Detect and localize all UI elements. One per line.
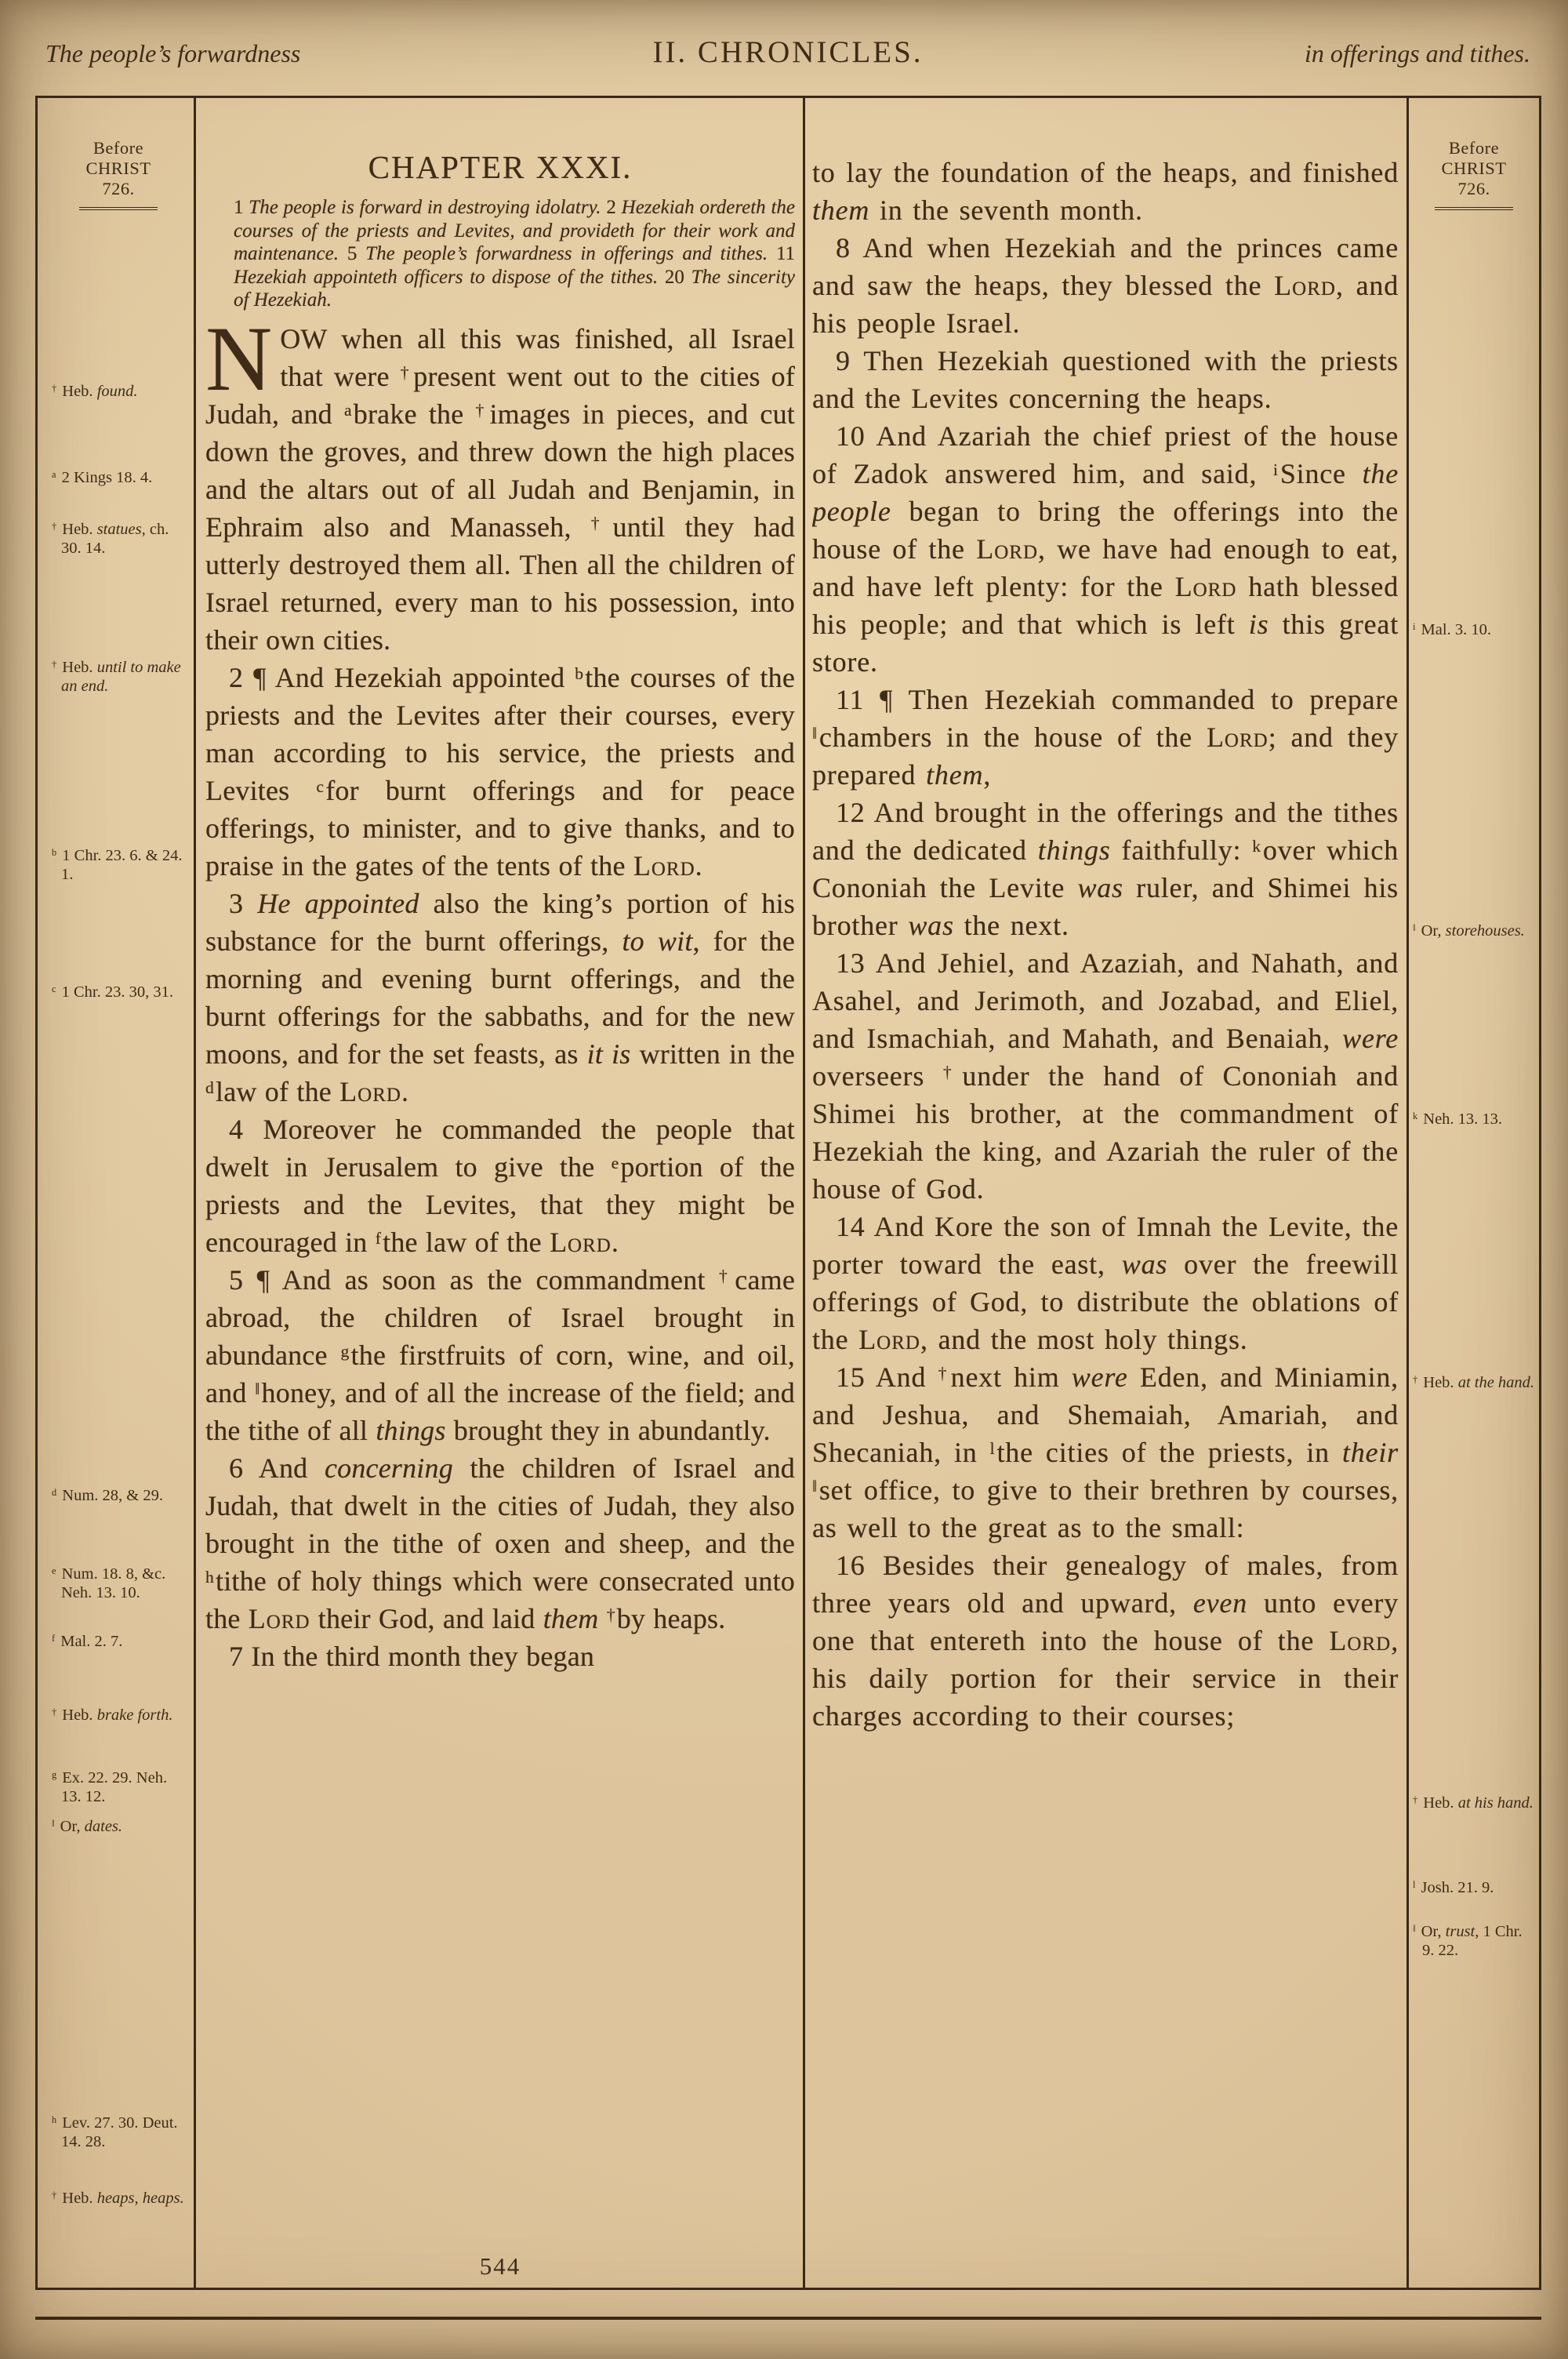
text-run: . — [401, 1076, 408, 1107]
verse-paragraph: NOW when all this was finished, all Isra… — [205, 320, 795, 659]
ref-mark: † — [476, 401, 488, 420]
verse-paragraph: 11 ¶ Then Hezekiah commanded to prepare … — [812, 681, 1399, 794]
text-run: set office, to give to their brethren by… — [812, 1474, 1399, 1543]
margin-note: b 1 Chr. 23. 6. & 24. 1. — [52, 847, 188, 884]
italic-run: things — [376, 1415, 445, 1446]
column-divider-left — [194, 96, 196, 2290]
text-run: in the seventh month. — [869, 194, 1143, 226]
italic-run: them — [926, 759, 983, 791]
chapter-summary: 1 The people is forward in destroying id… — [234, 196, 795, 312]
smallcaps-word: Lord — [633, 850, 695, 881]
ref-mark: b — [52, 847, 56, 858]
margin-note: † Heb. at his hand. — [1413, 1794, 1535, 1813]
ref-mark: l — [990, 1439, 996, 1458]
text-run: 2 Kings 18. 4. — [57, 469, 152, 486]
margin-note: ‖ Or, storehouses. — [1413, 922, 1535, 941]
text-run: 2 ¶ And Hezekiah appointed — [229, 662, 575, 693]
ref-mark: † — [943, 1063, 961, 1081]
left-column-paragraphs: NOW when all this was finished, all Isra… — [205, 320, 795, 1675]
margin-note: † Heb. at the hand. — [1413, 1374, 1535, 1393]
ref-mark: ‖ — [1413, 922, 1415, 933]
margin-note: † Heb. heaps, heaps. — [52, 2190, 188, 2208]
italic-run: it is — [587, 1038, 631, 1070]
smallcaps-word: Lord — [1329, 1625, 1391, 1656]
italic-run: found. — [97, 383, 138, 400]
italic-run: storehouses. — [1446, 922, 1525, 940]
text-run: brought they in abundantly. — [446, 1415, 771, 1446]
text-run: Lev. 27. 30. Deut. 14. 28. — [58, 2114, 177, 2150]
text-run: faithfully: — [1111, 834, 1253, 866]
margin-note: ‖ Or, trust, 1 Chr. 9. 22. — [1413, 1923, 1535, 1960]
ref-mark: ‖ — [255, 1379, 260, 1398]
ref-mark: † — [1413, 1794, 1417, 1805]
text-run: 5 ¶ And as soon as the commandment — [229, 1264, 719, 1296]
text-run — [598, 1603, 606, 1634]
margin-note: k Neh. 13. 13. — [1413, 1110, 1535, 1129]
italic-run: was — [908, 910, 953, 941]
margin-note: l Josh. 21. 9. — [1413, 1879, 1535, 1898]
text-run: 1 Chr. 23. 6. & 24. 1. — [58, 847, 182, 883]
ref-mark: i — [1413, 621, 1415, 632]
ref-mark: † — [591, 514, 612, 533]
ref-mark: † — [52, 1707, 56, 1717]
margin-note: ‖ Or, dates. — [52, 1818, 188, 1837]
text-run: Since — [1280, 458, 1363, 489]
margin-note: g Ex. 22. 29. Neh. 13. 12. — [52, 1769, 188, 1806]
ref-mark: a — [344, 401, 352, 420]
ref-mark: † — [52, 659, 56, 670]
italic-run: were — [1072, 1361, 1128, 1393]
margin-note: e Num. 18. 8, &c. Neh. 13. 10. — [52, 1565, 188, 1602]
margin-note: d Num. 28, & 29. — [52, 1487, 188, 1506]
ref-mark: ‖ — [1413, 1923, 1415, 1934]
book-page: The people’s forwardness II. CHRONICLES.… — [0, 0, 1568, 2359]
text-run: 7 In the third month they began — [229, 1641, 594, 1672]
text-run: Josh. 21. 9. — [1417, 1879, 1494, 1896]
verse-paragraph: 16 Besides their genealogy of males, fro… — [812, 1547, 1399, 1735]
margin-note: c 1 Chr. 23. 30, 31. — [52, 983, 188, 1002]
chapter-heading: CHAPTER XXXI. — [205, 149, 795, 185]
margin-note: † Heb. brake forth. — [52, 1707, 188, 1725]
running-head-center: II. CHRONICLES. — [652, 35, 923, 70]
right-margin-notes: i Mal. 3. 10.‖ Or, storehouses.k Neh. 13… — [1413, 0, 1535, 2359]
text-run: Heb. — [1419, 1794, 1458, 1812]
verse-paragraph: 2 ¶ And Hezekiah appointed bthe courses … — [205, 659, 795, 885]
column-divider-right — [1406, 96, 1409, 2290]
drop-cap: N — [205, 325, 272, 394]
verse-paragraph: 6 And concerning the children of Israel … — [205, 1449, 795, 1637]
text-run: , — [983, 759, 991, 791]
verse-paragraph: 7 In the third month they began — [205, 1637, 795, 1675]
ref-mark: i — [1273, 460, 1279, 479]
ref-mark: h — [52, 2114, 56, 2125]
verse-paragraph: 9 Then Hezekiah questioned with the prie… — [812, 342, 1399, 417]
text-run: 6 And — [229, 1452, 325, 1484]
text-run: written in the — [631, 1038, 795, 1070]
italic-run: things — [1038, 834, 1111, 866]
italic-run: The people’s forwardness in offerings an… — [365, 243, 776, 264]
margin-note: f Mal. 2. 7. — [52, 1633, 188, 1652]
ref-mark: f — [376, 1229, 381, 1248]
bottom-rule — [35, 2317, 1541, 2320]
ref-mark: † — [52, 521, 56, 532]
verse-paragraph: 14 And Kore the son of Imnah the Levite,… — [812, 1208, 1399, 1358]
text-run: 3 — [229, 888, 257, 919]
verse-paragraph: 8 And when Hezekiah and the princes came… — [812, 229, 1399, 342]
ref-mark: d — [52, 1487, 56, 1498]
ref-mark: † — [52, 2190, 56, 2201]
smallcaps-word: Lord — [339, 1076, 401, 1107]
left-text-column: CHAPTER XXXI. 1 The people is forward in… — [205, 149, 795, 2284]
italic-run: were — [1342, 1023, 1399, 1054]
ref-mark: e — [612, 1154, 619, 1172]
ref-mark: † — [401, 363, 412, 382]
text-run: next him — [951, 1361, 1072, 1393]
text-run: 20 — [665, 267, 691, 288]
ref-mark: b — [575, 664, 583, 683]
smallcaps-word: Lord — [1207, 722, 1269, 753]
text-run: Heb. — [58, 521, 97, 538]
ref-mark: † — [52, 383, 56, 394]
italic-run: concerning — [325, 1452, 453, 1484]
italic-run: them — [812, 194, 869, 226]
verse-paragraph: 10 And Azariah the chief priest of the h… — [812, 417, 1399, 681]
text-run: Heb. — [58, 383, 97, 400]
right-column-paragraphs: to lay the foundation of the heaps, and … — [812, 154, 1399, 1735]
text-run: Or, — [56, 1818, 84, 1835]
ref-mark: g — [341, 1342, 350, 1361]
text-run: Mal. 2. 7. — [56, 1633, 122, 1650]
text-run: the law of the — [383, 1227, 550, 1258]
text-run: . — [695, 850, 702, 881]
text-run: Or, — [1417, 1923, 1445, 1940]
margin-note: a 2 Kings 18. 4. — [52, 469, 188, 488]
italic-run: dates. — [85, 1818, 122, 1835]
ref-mark: k — [1252, 837, 1261, 856]
italic-run: heaps, heaps. — [97, 2190, 184, 2207]
text-run: 9 Then Hezekiah questioned with the prie… — [812, 345, 1399, 414]
ref-mark: f — [52, 1633, 55, 1644]
left-margin-notes: † Heb. found.a 2 Kings 18. 4.† Heb. stat… — [52, 0, 188, 2359]
text-run: Or, — [1417, 922, 1445, 940]
text-run: the next. — [954, 910, 1069, 941]
text-run: their God, and laid — [310, 1603, 543, 1634]
smallcaps-word: Lord — [249, 1603, 310, 1634]
italic-run: to wit — [622, 925, 692, 957]
text-run: Heb. — [58, 2190, 97, 2207]
italic-run: at his hand. — [1458, 1794, 1534, 1812]
verse-paragraph: 5 ¶ And as soon as the commandment †came… — [205, 1261, 795, 1449]
verse-paragraph: to lay the foundation of the heaps, and … — [812, 154, 1399, 229]
italic-run: was — [1077, 872, 1123, 903]
text-run: . — [612, 1227, 619, 1258]
italic-run: The people is forward in destroying idol… — [249, 197, 606, 218]
ref-mark: a — [52, 469, 56, 480]
text-run: the cities of the priests, in — [996, 1437, 1342, 1468]
italic-run: brake forth. — [97, 1707, 173, 1724]
text-run: by heaps. — [617, 1603, 726, 1634]
ref-mark: † — [1413, 1374, 1417, 1385]
ref-mark: d — [205, 1078, 214, 1097]
italic-run: is — [1249, 609, 1269, 640]
text-run: Num. 18. 8, &c. Neh. 13. 10. — [57, 1565, 165, 1601]
ref-mark: ‖ — [812, 1477, 818, 1496]
margin-note: † Heb. found. — [52, 383, 188, 402]
italic-run: even — [1193, 1587, 1247, 1619]
text-run: 2 — [606, 197, 621, 218]
text-run: Ex. 22. 29. Neh. 13. 12. — [58, 1769, 167, 1805]
text-run: Heb. — [58, 1707, 97, 1724]
verse-paragraph: 3 He appointed also the king’s portion o… — [205, 885, 795, 1110]
running-head: The people’s forwardness II. CHRONICLES.… — [45, 31, 1530, 85]
ref-mark: † — [938, 1364, 949, 1383]
italic-run: their — [1342, 1437, 1399, 1468]
italic-run: them — [543, 1603, 599, 1634]
ref-mark: c — [52, 983, 56, 994]
text-run: Mal. 3. 10. — [1417, 621, 1491, 638]
text-run: , and the most holy things. — [920, 1324, 1248, 1355]
text-run: to lay the foundation of the heaps, and … — [812, 157, 1399, 188]
smallcaps-word: Lord — [1274, 270, 1336, 301]
ref-mark: e — [52, 1565, 56, 1576]
italic-run: statues, — [97, 521, 146, 538]
smallcaps-word: Lord — [1175, 571, 1237, 602]
smallcaps-word: Lord — [976, 533, 1038, 565]
text-run: Heb. — [58, 659, 97, 676]
text-run: 5 — [347, 243, 365, 264]
text-run: Neh. 13. 13. — [1419, 1110, 1502, 1128]
verse-paragraph: 12 And brought in the offerings and the … — [812, 794, 1399, 944]
ref-mark: k — [1413, 1110, 1417, 1121]
ref-mark: c — [316, 777, 324, 796]
text-run: 1 — [234, 197, 249, 218]
italic-run: Hezekiah appointeth officers to dispose … — [234, 267, 665, 288]
italic-run: at the hand. — [1458, 1374, 1534, 1391]
ref-mark: h — [205, 1568, 214, 1587]
verse-paragraph: 13 And Jehiel, and Azaziah, and Nahath, … — [812, 944, 1399, 1208]
text-run: chambers in the house of the — [819, 722, 1207, 753]
ref-mark: l — [1413, 1879, 1415, 1890]
margin-note: † Heb. statues, ch. 30. 14. — [52, 521, 188, 558]
ref-mark: † — [607, 1605, 615, 1624]
margin-note: h Lev. 27. 30. Deut. 14. 28. — [52, 2114, 188, 2151]
smallcaps-word: Lord — [858, 1324, 920, 1355]
verse-paragraph: 15 And †next him were Eden, and Miniamin… — [812, 1358, 1399, 1547]
smallcaps-word: Lord — [550, 1227, 612, 1258]
page-number: 544 — [205, 2252, 795, 2281]
text-run: 11 ¶ Then Hezekiah commanded to prepare — [836, 684, 1399, 715]
text-run: 1 Chr. 23. 30, 31. — [57, 983, 173, 1001]
text-run: 11 — [776, 243, 795, 264]
margin-note: i Mal. 3. 10. — [1413, 621, 1535, 640]
verse-paragraph: 4 Moreover he commanded the people that … — [205, 1110, 795, 1261]
text-run: law of the — [216, 1076, 339, 1107]
text-run: brake the — [354, 398, 476, 430]
text-run: Heb. — [1419, 1374, 1458, 1391]
ref-mark: ‖ — [812, 724, 818, 743]
ref-mark: g — [52, 1769, 56, 1780]
text-run: Num. 28, & 29. — [58, 1487, 163, 1504]
text-run: overseers — [812, 1060, 943, 1092]
text-run: 15 And — [836, 1361, 938, 1393]
ref-mark: ‖ — [52, 1818, 54, 1829]
italic-run: trust, — [1446, 1923, 1479, 1940]
right-text-column: to lay the foundation of the heaps, and … — [812, 154, 1399, 2285]
margin-note: † Heb. until to make an end. — [52, 659, 188, 696]
italic-run: He appointed — [257, 888, 419, 919]
column-divider-center — [803, 96, 805, 2290]
text-run: 13 And Jehiel, and Azaziah, and Nahath, … — [812, 947, 1399, 1054]
ref-mark: † — [719, 1267, 733, 1285]
italic-run: was — [1122, 1249, 1167, 1280]
